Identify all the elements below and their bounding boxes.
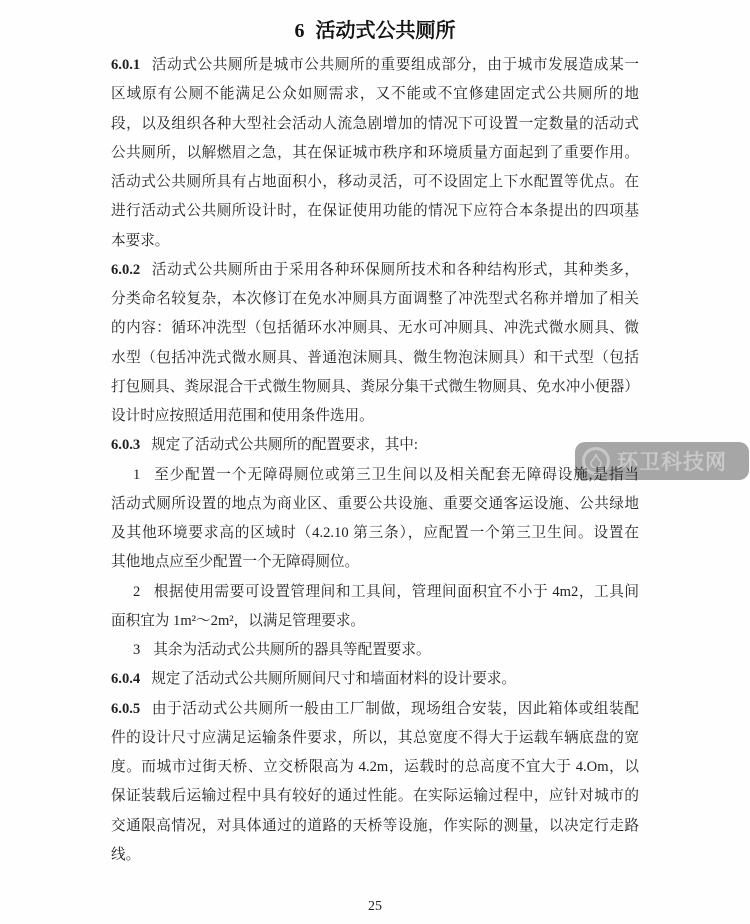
text-line: 及其他环境要求高的区域时（4.2.10 第三条），应配置一个第三卫生间。设置在 xyxy=(111,519,639,548)
clause-number: 6.0.4 xyxy=(111,671,151,687)
line-text: 件的设计尺寸应满足运输条件要求，所以，其总宽度不得大于运载车辆底盘的宽 xyxy=(111,730,639,746)
line-text: 活动式公共厕所是城市公共厕所的重要组成部分，由于城市发展造成某一 xyxy=(151,57,639,73)
line-text: 根据使用需要可设置管理间和工具间，管理间面积宜不小于 4m2，工具间 xyxy=(153,584,639,600)
item-number: 2 xyxy=(133,584,153,600)
text-line: 进行活动式公共厕所设计时，在保证使用功能的情况下应符合本条提出的四项基 xyxy=(111,197,639,226)
line-text: 由于活动式公共厕所一般由工厂制做，现场组合安装，因此箱体或组装配 xyxy=(151,701,639,717)
text-line: 面积宜为 1m²～2m²，以满足管理要求。 xyxy=(111,607,639,636)
line-text: 分类命名较复杂，本次修订在免水冲厕具方面调整了冲洗型式名称并增加了相关 xyxy=(111,291,639,307)
line-text: 活动式公共厕所由于采用各种环保厕所技术和各种结构形式，其种类多， xyxy=(151,262,639,278)
section-title-text: 活动式公共厕所 xyxy=(316,20,456,42)
line-text: 段，以及组织各种大型社会活动人流急剧增加的情况下可设置一定数量的活动式 xyxy=(111,116,639,132)
text-line: 设计时应按照适用范围和使用条件选用。 xyxy=(111,402,639,431)
text-line: 保证装载后运输过程中具有较好的通过性能。在实际运输过程中，应针对城市的 xyxy=(111,782,639,811)
body-text: 6.0.1活动式公共厕所是城市公共厕所的重要组成部分，由于城市发展造成某一区域原… xyxy=(111,51,639,870)
line-text: 活动式厕所设置的地点为商业区、重要公共设施、重要交通客运设施、公共绿地 xyxy=(111,496,639,512)
text-line: 6.0.5由于活动式公共厕所一般由工厂制做，现场组合安装，因此箱体或组装配 xyxy=(111,695,639,724)
text-line: 2根据使用需要可设置管理间和工具间，管理间面积宜不小于 4m2，工具间 xyxy=(111,578,639,607)
text-line: 分类命名较复杂，本次修订在免水冲厕具方面调整了冲洗型式名称并增加了相关 xyxy=(111,285,639,314)
section-title-number: 6 xyxy=(295,20,305,42)
clause-number: 6.0.5 xyxy=(111,701,151,717)
line-text: 区域原有公厕不能满足公众如厕需求，又不能或不宜修建固定式公共厕所的地 xyxy=(111,86,639,102)
text-line: 6.0.1活动式公共厕所是城市公共厕所的重要组成部分，由于城市发展造成某一 xyxy=(111,51,639,80)
line-text: 的内容：循环冲洗型（包括循环水冲厕具、无水可冲厕具、冲洗式微水厕具、微 xyxy=(111,320,639,336)
line-text: 交通限高情况，对具体通过的道路的天桥等设施，作实际的测量，以决定行走路 xyxy=(111,818,639,834)
text-line: 活动式公共厕所具有占地面积小，移动灵活，可不设固定上下水配置等优点。在 xyxy=(111,168,639,197)
text-line: 打包厕具、粪尿混合干式微生物厕具、粪尿分集干式微生物厕具、免水冲小便器） xyxy=(111,373,639,402)
text-line: 线。 xyxy=(111,841,639,870)
line-text: 度。而城市过街天桥、立交桥限高为 4.2m，运载时的总高度不宜大于 4.Om，以 xyxy=(111,759,639,775)
line-text: 打包厕具、粪尿混合干式微生物厕具、粪尿分集干式微生物厕具、免水冲小便器） xyxy=(111,379,639,395)
line-text: 活动式公共厕所具有占地面积小，移动灵活，可不设固定上下水配置等优点。在 xyxy=(111,174,639,190)
line-text: 公共厕所，以解燃眉之急，其在保证城市秩序和环境质量方面起到了重要作用。 xyxy=(111,145,639,161)
line-text: 及其他环境要求高的区域时（4.2.10 第三条），应配置一个第三卫生间。设置在 xyxy=(111,525,639,541)
text-line: 活动式厕所设置的地点为商业区、重要公共设施、重要交通客运设施、公共绿地 xyxy=(111,490,639,519)
text-line: 度。而城市过街天桥、立交桥限高为 4.2m，运载时的总高度不宜大于 4.Om，以 xyxy=(111,753,639,782)
text-line: 水型（包括冲洗式微水厕具、普通泡沫厕具、微生物泡沫厕具）和干式型（包括 xyxy=(111,344,639,373)
line-text: 本要求。 xyxy=(111,233,169,249)
section-title: 6活动式公共厕所 xyxy=(0,14,750,43)
clause-number: 6.0.1 xyxy=(111,57,151,73)
text-line: 件的设计尺寸应满足运输条件要求，所以，其总宽度不得大于运载车辆底盘的宽 xyxy=(111,724,639,753)
line-text: 其余为活动式公共厕所的器具等配置要求。 xyxy=(153,642,430,658)
text-line: 1至少配置一个无障碍厕位或第三卫生间以及相关配套无障碍设施,是指当 xyxy=(111,461,639,490)
item-number: 3 xyxy=(133,642,153,658)
line-text: 规定了活动式公共厕所厕间尺寸和墙面材料的设计要求。 xyxy=(151,671,516,687)
text-line: 的内容：循环冲洗型（包括循环水冲厕具、无水可冲厕具、冲洗式微水厕具、微 xyxy=(111,314,639,343)
line-text: 保证装载后运输过程中具有较好的通过性能。在实际运输过程中，应针对城市的 xyxy=(111,788,639,804)
clause-number: 6.0.3 xyxy=(111,437,151,453)
text-line: 公共厕所，以解燃眉之急，其在保证城市秩序和环境质量方面起到了重要作用。 xyxy=(111,139,639,168)
page-number: 25 xyxy=(0,899,750,915)
text-line: 6.0.4规定了活动式公共厕所厕间尺寸和墙面材料的设计要求。 xyxy=(111,665,639,694)
line-text: 设计时应按照适用范围和使用条件选用。 xyxy=(111,408,374,424)
line-text: 规定了活动式公共厕所的配置要求，其中: xyxy=(151,437,418,453)
text-line: 6.0.3规定了活动式公共厕所的配置要求，其中: xyxy=(111,431,639,460)
text-line: 本要求。 xyxy=(111,227,639,256)
line-text: 水型（包括冲洗式微水厕具、普通泡沫厕具、微生物泡沫厕具）和干式型（包括 xyxy=(111,350,639,366)
item-number: 1 xyxy=(133,467,153,483)
line-text: 至少配置一个无障碍厕位或第三卫生间以及相关配套无障碍设施,是指当 xyxy=(153,467,639,483)
text-line: 3其余为活动式公共厕所的器具等配置要求。 xyxy=(111,636,639,665)
line-text: 面积宜为 1m²～2m²，以满足管理要求。 xyxy=(111,613,365,629)
line-text: 线。 xyxy=(111,847,140,863)
text-line: 6.0.2活动式公共厕所由于采用各种环保厕所技术和各种结构形式，其种类多， xyxy=(111,256,639,285)
clause-number: 6.0.2 xyxy=(111,262,151,278)
text-line: 其他地点应至少配置一个无障碍厕位。 xyxy=(111,548,639,577)
text-line: 段，以及组织各种大型社会活动人流急剧增加的情况下可设置一定数量的活动式 xyxy=(111,110,639,139)
text-line: 区域原有公厕不能满足公众如厕需求，又不能或不宜修建固定式公共厕所的地 xyxy=(111,80,639,109)
line-text: 进行活动式公共厕所设计时，在保证使用功能的情况下应符合本条提出的四项基 xyxy=(111,203,639,219)
line-text: 其他地点应至少配置一个无障碍厕位。 xyxy=(111,554,359,570)
document-page: 6活动式公共厕所 环卫科技网 6.0.1活动式公共厕所是城市公共厕所的重要组成部… xyxy=(0,0,750,924)
text-line: 交通限高情况，对具体通过的道路的天桥等设施，作实际的测量，以决定行走路 xyxy=(111,812,639,841)
